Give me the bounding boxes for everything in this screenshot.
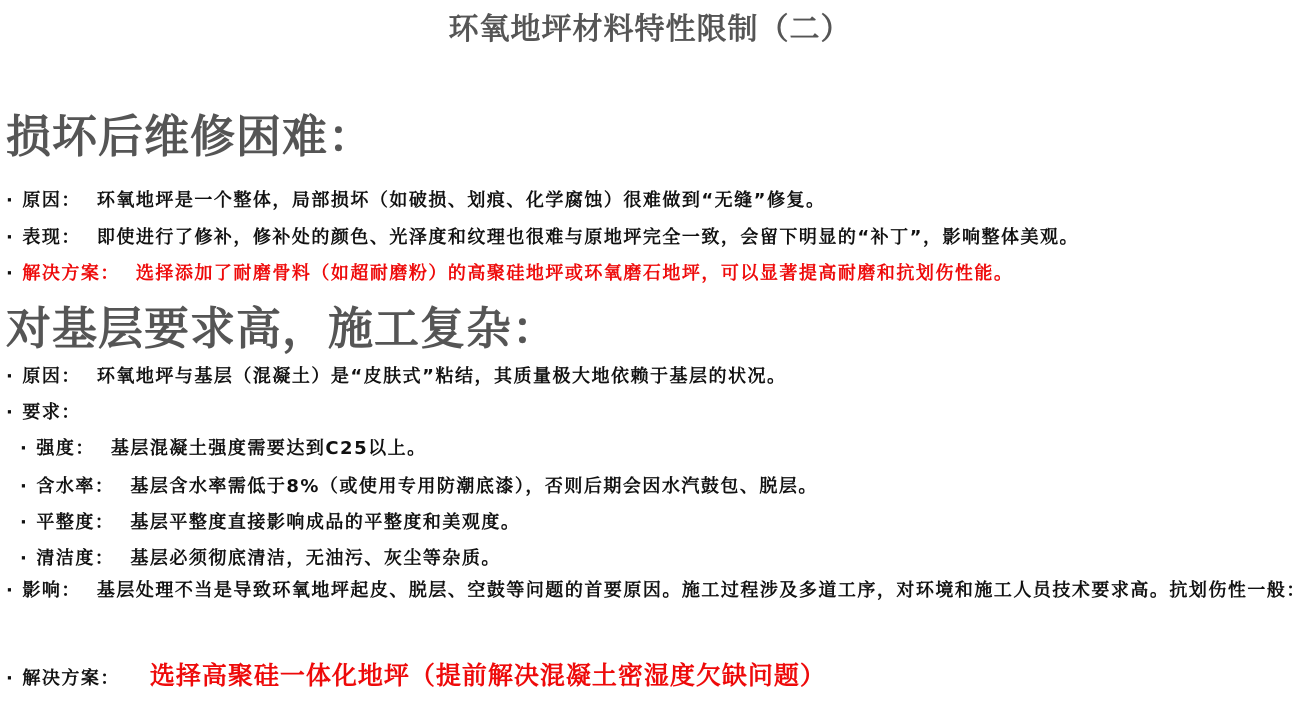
item-text: 环氧地坪是一个整体，局部损坏（如破损、划痕、化学腐蚀）很难做到“无缝”修复。 [97,190,826,211]
item-text: 环氧地坪与基层（混凝土）是“皮肤式”粘结，其质量极大地依赖于基层的状况。 [97,366,787,387]
bullet-icon: · [20,438,28,459]
bullet-icon: · [20,512,28,533]
bullet-icon: · [6,366,14,387]
sub-item-cleanliness: ·清洁度：基层必须彻底清洁，无油污、灰尘等杂质。 [20,544,501,570]
sub-item-moisture: ·含水率：基层含水率需低于8%（或使用专用防潮底漆），否则后期会因水汽鼓包、脱层… [20,472,818,498]
item-label: 原因： [22,190,81,211]
list-item-cause: ·原因：环氧地坪与基层（混凝土）是“皮肤式”粘结，其质量极大地依赖于基层的状况。 [6,362,787,388]
item-text: 即使进行了修补，修补处的颜色、光泽度和纹理也很难与原地坪完全一致，会留下明显的“… [97,227,1079,248]
item-label: 要求： [22,402,81,423]
bullet-icon: · [6,580,14,601]
bullet-icon: · [6,668,14,689]
list-item-final-solution: ·解决方案：选择高聚硅一体化地坪（提前解决混凝土密湿度欠缺问题） [6,656,826,692]
item-text: 基层含水率需低于8%（或使用专用防潮底漆），否则后期会因水汽鼓包、脱层。 [130,476,818,497]
item-label: 平整度： [36,512,114,533]
item-text: 基层必须彻底清洁，无油污、灰尘等杂质。 [130,548,501,569]
item-label: 表现： [22,227,81,248]
sub-item-flatness: ·平整度：基层平整度直接影响成品的平整度和美观度。 [20,508,520,534]
section-heading-base-requirements: 对基层要求高，施工复杂： [6,292,558,357]
bullet-icon: · [20,476,28,497]
list-item-impact: ·影响：基层处理不当是导致环氧地坪起皮、脱层、空鼓等问题的首要原因。施工过程涉及… [6,580,1315,602]
item-text: 基层平整度直接影响成品的平整度和美观度。 [130,512,520,533]
list-item-solution-highlight: ·解决方案：选择添加了耐磨骨料（如超耐磨粉）的高聚硅地坪或环氧磨石地坪，可以显著… [6,259,1013,285]
bullet-icon: · [6,190,14,211]
list-item-requirements: ·要求： [6,398,97,424]
item-label: 解决方案： [22,668,120,689]
item-label: 强度： [36,438,95,459]
item-text: 选择添加了耐磨骨料（如超耐磨粉）的高聚硅地坪或环氧磨石地坪，可以显著提高耐磨和抗… [136,263,1014,284]
item-label: 原因： [22,366,81,387]
item-text: 基层混凝土强度需要达到C25以上。 [111,438,427,459]
bullet-icon: · [6,263,14,284]
bullet-icon: · [20,548,28,569]
item-label: 含水率： [36,476,114,497]
list-item-appearance: ·表现：即使进行了修补，修补处的颜色、光泽度和纹理也很难与原地坪完全一致，会留下… [6,223,1079,249]
sub-item-strength: ·强度：基层混凝土强度需要达到C25以上。 [20,434,427,460]
solution-highlight-text: 选择高聚硅一体化地坪（提前解决混凝土密湿度欠缺问题） [150,661,826,690]
item-text: 基层处理不当是导致环氧地坪起皮、脱层、空鼓等问题的首要原因。施工过程涉及多道工序… [97,580,1306,601]
list-item-cause: ·原因：环氧地坪是一个整体，局部损坏（如破损、划痕、化学腐蚀）很难做到“无缝”修… [6,186,826,212]
bullet-icon: · [6,402,14,423]
page-title: 环氧地坪材料特性限制（二） [0,4,1300,48]
bullet-icon: · [6,227,14,248]
item-label: 解决方案： [22,263,120,284]
item-label: 影响： [22,580,81,601]
item-label: 清洁度： [36,548,114,569]
section-heading-repair-difficulty: 损坏后维修困难： [6,100,374,165]
